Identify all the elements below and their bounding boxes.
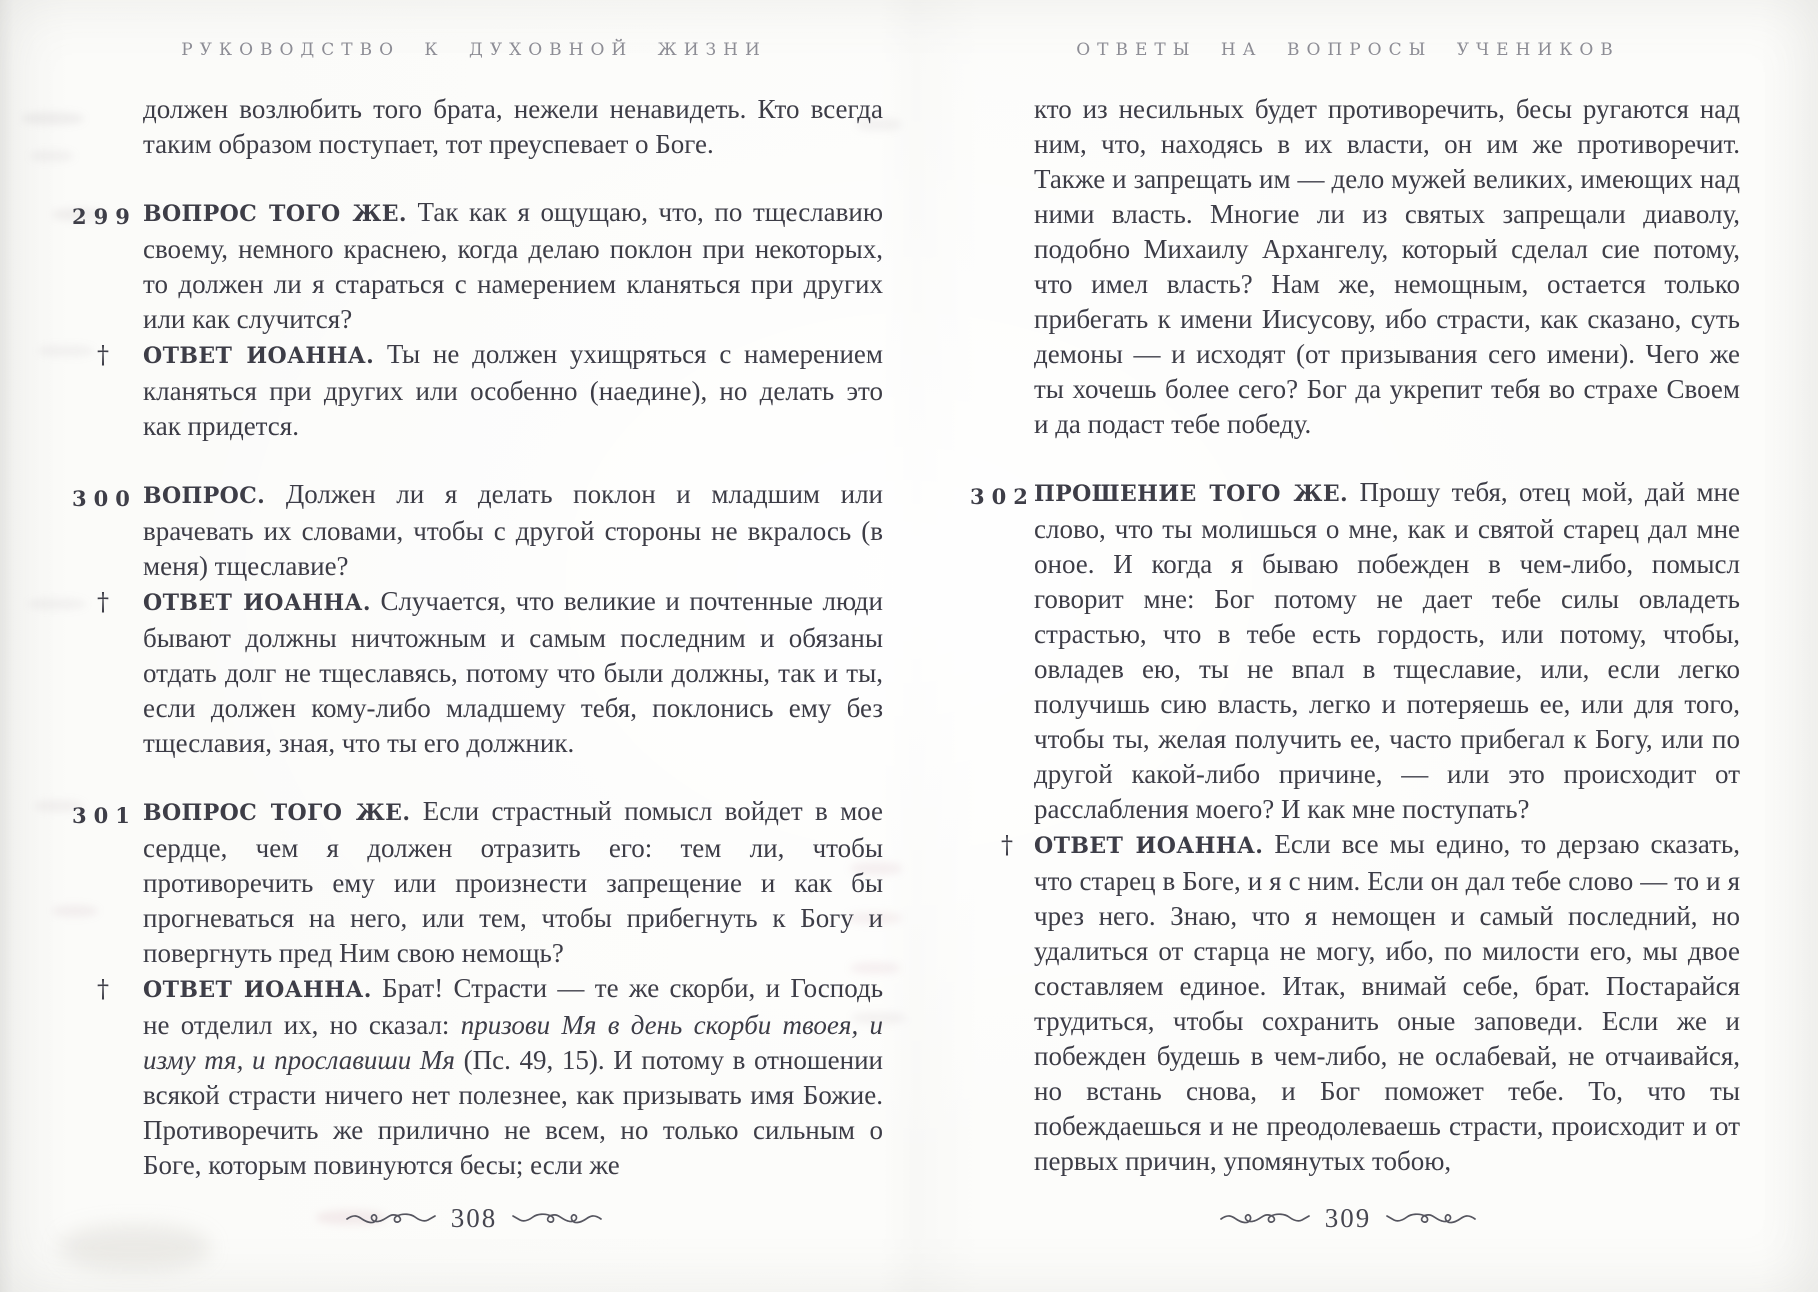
section-label: ПРОШЕНИЕ ТОГО ЖЕ. (1034, 481, 1348, 507)
book-page-left: РУКОВОДСТВО К ДУХОВНОЙ ЖИЗНИ должен возл… (60, 40, 888, 1250)
answer-block: †ОТВЕТ ИОАННА. Случается, что великие и … (143, 584, 883, 761)
body-text: Если все мы едино, то дерзаю сказать, чт… (1034, 829, 1740, 1176)
answer-cross-icon: † (97, 338, 109, 373)
section-label: ОТВЕТ ИОАННА. (143, 977, 372, 1003)
footer-flourish-right-icon (511, 1209, 603, 1229)
question-block: 300ВОПРОС. Должен ли я делать поклон и м… (143, 477, 883, 584)
running-head: ОТВЕТЫ НА ВОПРОСЫ УЧЕНИКОВ (952, 40, 1744, 66)
section-label: ВОПРОС ТОГО ЖЕ. (143, 201, 407, 227)
page-footer: 308 (60, 1203, 888, 1234)
body-text: Прошу тебя, отец мой, дай мне слово, что… (1034, 477, 1740, 824)
body-text: должен возлюбить того брата, нежели нена… (143, 94, 883, 159)
footer-flourish-left-icon (345, 1209, 437, 1229)
page-number: 308 (451, 1203, 498, 1234)
section-label: ОТВЕТ ИОАННА. (143, 590, 371, 616)
body-text: кто из несильных будет противоречить, бе… (1034, 94, 1740, 439)
answer-cross-icon: † (97, 585, 109, 620)
section-label: ОТВЕТ ИОАННА. (1034, 833, 1263, 859)
question-block: 302ПРОШЕНИЕ ТОГО ЖЕ. Прошу тебя, отец мо… (1034, 475, 1740, 827)
page-number: 309 (1325, 1203, 1372, 1234)
question-number: 302 (970, 479, 1035, 514)
book-page-right: ОТВЕТЫ НА ВОПРОСЫ УЧЕНИКОВ кто из несиль… (952, 40, 1744, 1250)
running-head: РУКОВОДСТВО К ДУХОВНОЙ ЖИЗНИ (60, 40, 888, 66)
section-label: ОТВЕТ ИОАННА. (143, 343, 374, 369)
question-number: 300 (72, 481, 137, 516)
answer-block: †ОТВЕТ ИОАННА. Ты не должен ухищряться с… (143, 337, 883, 444)
question-number: 301 (72, 798, 137, 833)
footer-flourish-left-icon (1219, 1209, 1311, 1229)
text-blocks: кто из несильных будет противоречить, бе… (952, 92, 1740, 1179)
answer-block: †ОТВЕТ ИОАННА. Если все мы едино, то дер… (1034, 827, 1740, 1179)
question-number: 299 (72, 199, 137, 234)
continuation-paragraph: кто из несильных будет противоречить, бе… (1034, 92, 1740, 442)
answer-block: †ОТВЕТ ИОАННА. Брат! Страсти — те же ско… (143, 971, 883, 1183)
continuation-paragraph: должен возлюбить того брата, нежели нена… (143, 92, 883, 162)
section-label: ВОПРОС. (143, 483, 265, 509)
question-block: 301ВОПРОС ТОГО ЖЕ. Если страстный помысл… (143, 794, 883, 971)
text-blocks: должен возлюбить того брата, нежели нена… (60, 92, 883, 1183)
answer-cross-icon: † (1001, 828, 1013, 863)
page-footer: 309 (952, 1203, 1744, 1234)
answer-cross-icon: † (97, 972, 109, 1007)
section-label: ВОПРОС ТОГО ЖЕ. (143, 800, 410, 826)
footer-flourish-right-icon (1385, 1209, 1477, 1229)
question-block: 299ВОПРОС ТОГО ЖЕ. Так как я ощущаю, что… (143, 195, 883, 337)
